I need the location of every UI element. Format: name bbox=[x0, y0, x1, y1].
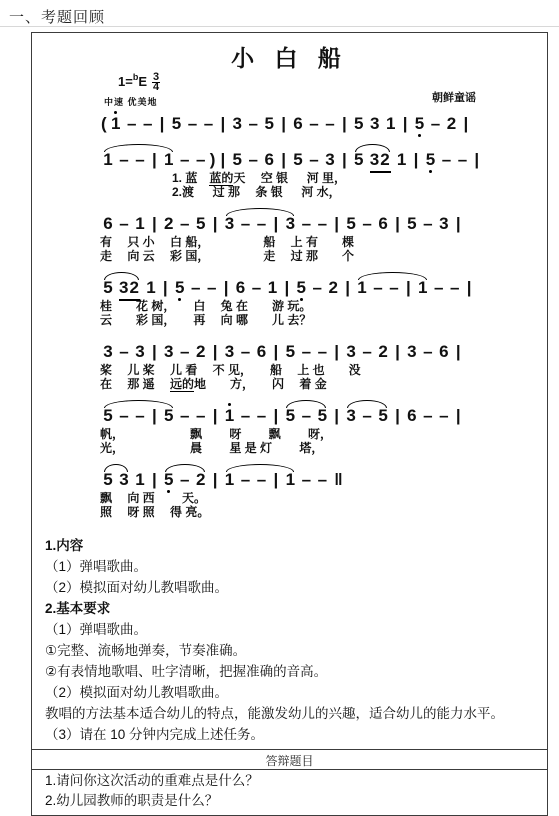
note: 6 bbox=[293, 113, 303, 135]
meter-denominator: 4 bbox=[153, 81, 159, 93]
note: – bbox=[309, 113, 319, 135]
note: – bbox=[248, 149, 258, 171]
barline: | bbox=[274, 341, 279, 363]
slur-group: 1––|1 bbox=[354, 277, 431, 299]
lyric-segment: 2.渡 过 那 条 银 河 水， bbox=[100, 185, 341, 199]
barline: | bbox=[224, 277, 229, 299]
note: 5 bbox=[285, 341, 295, 363]
key-note: E bbox=[138, 74, 147, 89]
slur-group: 532 bbox=[351, 149, 394, 173]
note: – bbox=[241, 469, 251, 491]
barline: | bbox=[456, 405, 461, 427]
note: 5 bbox=[232, 149, 242, 171]
music-row: 3–3|3–2|3–6|5––|3–2|3–6| bbox=[100, 341, 547, 363]
slur-group: 1––|1 bbox=[100, 149, 177, 171]
note: – bbox=[389, 277, 399, 299]
note: 1 bbox=[386, 113, 396, 135]
note: – bbox=[439, 405, 449, 427]
final-barline: ‖ bbox=[334, 469, 342, 491]
barline: | bbox=[406, 277, 411, 299]
note: – bbox=[187, 113, 197, 135]
lyric-segment: 光， 晨 星 是 灯 塔， bbox=[100, 441, 323, 455]
lyric-row: 帆， 飘 呀 飘 呀， bbox=[100, 427, 547, 441]
note: 5 bbox=[293, 149, 303, 171]
song-title: 小 白 船 bbox=[32, 40, 547, 73]
note: 1 bbox=[225, 405, 235, 427]
note: 5 bbox=[354, 149, 364, 171]
content-line: （2）模拟面对幼儿教唱歌曲。 bbox=[45, 682, 535, 703]
note: – bbox=[373, 277, 383, 299]
note: – bbox=[119, 213, 129, 235]
note: – bbox=[119, 149, 129, 171]
barline: | bbox=[274, 213, 279, 235]
note: – bbox=[251, 277, 261, 299]
note: – bbox=[180, 149, 190, 171]
lyric-row: 2.渡 过 那 条 银 河 水， bbox=[100, 185, 547, 199]
note: – bbox=[317, 469, 327, 491]
note: – bbox=[317, 341, 327, 363]
lyric-segment: 桨 儿 桨 儿 看 不 见， 船 上 也 没 bbox=[100, 363, 361, 377]
content-line: （2）模拟面对幼儿教唱歌曲。 bbox=[45, 577, 535, 598]
lyric-segment: 天 空 银 河 里， bbox=[233, 171, 346, 185]
barline: | bbox=[160, 113, 165, 135]
barline: | bbox=[464, 113, 469, 135]
content-line: （3）请在 10 分钟内完成上述任务。 bbox=[45, 724, 535, 745]
note: 3 bbox=[164, 341, 174, 363]
note: – bbox=[196, 149, 206, 171]
note: 5 bbox=[296, 277, 306, 299]
note: ) bbox=[210, 149, 216, 171]
key-signature: 1=bE34 bbox=[118, 72, 160, 92]
note: – bbox=[180, 213, 190, 235]
note: 5 bbox=[264, 113, 274, 135]
note: – bbox=[362, 341, 372, 363]
note: 2 bbox=[164, 213, 174, 235]
note: – bbox=[301, 213, 311, 235]
barline: | bbox=[281, 113, 286, 135]
lyric-row: 照 呀 照 得 亮。 bbox=[100, 505, 547, 519]
note: – bbox=[312, 277, 322, 299]
lyric-row: 云 彩 国， 再 向 哪 儿 去？ bbox=[100, 313, 547, 327]
note: – bbox=[434, 277, 444, 299]
time-signature: 34 bbox=[152, 73, 160, 92]
content-line: （1）弹唱歌曲。 bbox=[45, 619, 535, 640]
note: 32 bbox=[370, 149, 391, 173]
lyric-segment: 云 彩 国， 再 向 哪 儿 去？ bbox=[100, 313, 311, 327]
note: – bbox=[119, 341, 129, 363]
note: – bbox=[423, 405, 433, 427]
note: 2 bbox=[378, 341, 388, 363]
note: 6 bbox=[103, 213, 113, 235]
music-row: (1––|5––|3–5|6––|531|5–2| bbox=[100, 113, 547, 135]
music-row: 6–1|2–5|3––|3––|5–6|5–3| bbox=[100, 213, 547, 235]
note: – bbox=[135, 405, 145, 427]
note: 5 bbox=[164, 405, 174, 427]
note: – bbox=[301, 341, 311, 363]
lyric-segment: 走 向 云 彩 国， 走 过 那 个 bbox=[100, 249, 354, 263]
note: 6 bbox=[257, 341, 267, 363]
note: 5 bbox=[317, 405, 327, 427]
note: – bbox=[317, 213, 327, 235]
slur-group: 5––|5 bbox=[100, 405, 177, 427]
note: 5 bbox=[103, 277, 113, 299]
note: – bbox=[119, 405, 129, 427]
score-line: 6–1|2–5|3––|3––|5–6|5–3|有 只 小 白 船， 船 上 有… bbox=[100, 213, 547, 263]
barline: | bbox=[213, 213, 218, 235]
note: – bbox=[191, 277, 201, 299]
tempo-marking: 中速 优美地 bbox=[104, 95, 158, 108]
qa-table-header: 答辩题目 bbox=[32, 749, 547, 770]
note: – bbox=[309, 149, 319, 171]
note: 5 bbox=[354, 113, 364, 135]
note: – bbox=[241, 341, 251, 363]
note: – bbox=[441, 149, 451, 171]
barline: | bbox=[284, 277, 289, 299]
lyric-row: 桂 花 树， 白 兔 在 游 玩。 bbox=[100, 299, 547, 313]
lyric-row: 1. 蓝 蓝的天 空 银 河 里， bbox=[100, 171, 547, 185]
barline: | bbox=[213, 469, 218, 491]
note: – bbox=[301, 405, 311, 427]
note: 6 bbox=[235, 277, 245, 299]
barline: | bbox=[220, 113, 225, 135]
note: – bbox=[457, 149, 467, 171]
note: – bbox=[248, 113, 258, 135]
note: – bbox=[257, 469, 267, 491]
barline: | bbox=[281, 149, 286, 171]
note: – bbox=[180, 469, 190, 491]
score-line: 1––|1––)|5–6|5–3|5321|5––| 1. 蓝 蓝的天 空 银 … bbox=[100, 149, 547, 199]
note: 6 bbox=[439, 341, 449, 363]
lyric-segment: 远的 bbox=[170, 377, 194, 392]
barline: | bbox=[163, 277, 168, 299]
note: 2 bbox=[196, 469, 206, 491]
barline: | bbox=[334, 341, 339, 363]
note: 5 bbox=[285, 405, 295, 427]
note: – bbox=[127, 113, 137, 135]
note: 5 bbox=[171, 113, 181, 135]
note: 5 bbox=[378, 405, 388, 427]
barline: | bbox=[334, 213, 339, 235]
lyric-row: 走 向 云 彩 国， 走 过 那 个 bbox=[100, 249, 547, 263]
lyric-segment: 照 呀 照 得 亮。 bbox=[100, 505, 209, 519]
lyric-segment: 在 那 遥 bbox=[100, 377, 170, 391]
note: 1 bbox=[397, 149, 407, 171]
note: 1 bbox=[225, 469, 235, 491]
note: 3 bbox=[135, 341, 145, 363]
barline: | bbox=[213, 341, 218, 363]
note: 1 bbox=[267, 277, 277, 299]
note: 3 bbox=[407, 341, 417, 363]
note: 5 bbox=[164, 469, 174, 491]
note: 1 bbox=[357, 277, 367, 299]
note: – bbox=[135, 149, 145, 171]
divider-line bbox=[0, 26, 559, 27]
lyric-segment: 蓝的 bbox=[209, 171, 233, 186]
note: – bbox=[362, 405, 372, 427]
music-row: 1––|1––)|5–6|5–3|5321|5––| bbox=[100, 149, 547, 171]
note: – bbox=[450, 277, 460, 299]
barline: | bbox=[395, 213, 400, 235]
lyric-segment: 1. 蓝 bbox=[100, 171, 209, 185]
note: 3 bbox=[225, 341, 235, 363]
barline: | bbox=[152, 341, 157, 363]
content-line: ②有表情地歌唱、吐字清晰，把握准确的音高。 bbox=[45, 661, 535, 682]
note: 6 bbox=[378, 213, 388, 235]
lyric-row: 光， 晨 星 是 灯 塔， bbox=[100, 441, 547, 455]
score-lines: (1––|5––|3–5|6––|531|5–2|1––|1––)|5–6|5–… bbox=[32, 111, 547, 519]
barline: | bbox=[342, 149, 347, 171]
note: 5 bbox=[175, 277, 185, 299]
note: 5 bbox=[103, 469, 113, 491]
qa-question-list: 1.请问你这次活动的重难点是什么？2.幼儿园教师的职责是什么？ bbox=[32, 770, 547, 815]
note: 1 bbox=[418, 277, 428, 299]
key-prefix: 1= bbox=[118, 74, 133, 89]
note: 1 bbox=[103, 149, 113, 171]
note: 5 bbox=[425, 149, 435, 171]
barline: | bbox=[414, 149, 419, 171]
question-item: 2.幼儿园教师的职责是什么？ bbox=[45, 791, 535, 811]
note: 1 bbox=[164, 149, 174, 171]
note: – bbox=[207, 277, 217, 299]
music-row: 531|5–2|1––|1––‖ bbox=[100, 469, 547, 491]
note: – bbox=[431, 113, 441, 135]
note: – bbox=[143, 113, 153, 135]
note: – bbox=[180, 405, 190, 427]
note: 3 bbox=[285, 213, 295, 235]
slur-group: 53 bbox=[100, 469, 132, 491]
barline: | bbox=[152, 469, 157, 491]
barline: | bbox=[274, 405, 279, 427]
note: 3 bbox=[119, 469, 129, 491]
lyric-row: 有 只 小 白 船， 船 上 有 棵 bbox=[100, 235, 547, 249]
barline: | bbox=[456, 341, 461, 363]
note: – bbox=[301, 469, 311, 491]
content-list: 1.内容（1）弹唱歌曲。（2）模拟面对幼儿教唱歌曲。2.基本要求（1）弹唱歌曲。… bbox=[32, 533, 547, 749]
note: 3 bbox=[346, 405, 356, 427]
score-line: 5––|5––|1––|5–5|3–5|6––|帆， 飘 呀 飘 呀，光， 晨 … bbox=[100, 405, 547, 455]
lyric-row: 在 那 遥 远的地 方， 闪 着 金 bbox=[100, 377, 547, 391]
music-row: 5––|5––|1––|5–5|3–5|6––| bbox=[100, 405, 547, 427]
barline: | bbox=[152, 405, 157, 427]
score-meta: 1=bE34 中速 优美地 朝鲜童谣 bbox=[32, 73, 547, 111]
note: 5 bbox=[196, 213, 206, 235]
note: – bbox=[423, 341, 433, 363]
song-credit: 朝鲜童谣 bbox=[432, 89, 476, 105]
note: 3 bbox=[225, 213, 235, 235]
lyric-row: 飘 向 西 天。 bbox=[100, 491, 547, 505]
slur-group: 1––|1 bbox=[222, 469, 299, 491]
question-item: 1.请问你这次活动的重难点是什么？ bbox=[45, 771, 535, 791]
slur-group: 3–5 bbox=[343, 405, 391, 427]
note: – bbox=[257, 213, 267, 235]
note: – bbox=[257, 405, 267, 427]
score-line: (1––|5––|3–5|6––|531|5–2| bbox=[100, 113, 547, 135]
note: 2 bbox=[447, 113, 457, 135]
note: – bbox=[196, 405, 206, 427]
slur-group: 3––|3 bbox=[222, 213, 299, 235]
note: ( bbox=[101, 113, 107, 135]
barline: | bbox=[342, 113, 347, 135]
note: 1 bbox=[135, 469, 145, 491]
section-heading: 一、考题回顾 bbox=[9, 6, 105, 27]
score-line: 5321|5––|6–1|5–2|1––|1––|桂 花 树， 白 兔 在 游 … bbox=[100, 277, 547, 327]
score-line: 531|5–2|1––|1––‖飘 向 西 天。照 呀 照 得 亮。 bbox=[100, 469, 547, 519]
note: 3 bbox=[325, 149, 335, 171]
note: 1 bbox=[146, 277, 156, 299]
note: 6 bbox=[264, 149, 274, 171]
exam-question-box: 小 白 船 1=bE34 中速 优美地 朝鲜童谣 (1––|5––|3–5|6–… bbox=[31, 32, 548, 816]
note: 3 bbox=[439, 213, 449, 235]
note: – bbox=[180, 341, 190, 363]
music-row: 5321|5––|6–1|5–2|1––|1––| bbox=[100, 277, 547, 299]
barline: | bbox=[395, 341, 400, 363]
note: 3 bbox=[232, 113, 242, 135]
note: – bbox=[241, 405, 251, 427]
note: 3 bbox=[103, 341, 113, 363]
note: 5 bbox=[346, 213, 356, 235]
note: – bbox=[362, 213, 372, 235]
note: 32 bbox=[119, 277, 140, 301]
note: 5 bbox=[407, 213, 417, 235]
barline: | bbox=[456, 213, 461, 235]
barline: | bbox=[213, 405, 218, 427]
barline: | bbox=[152, 149, 157, 171]
lyric-segment: 桂 花 树， 白 兔 在 游 玩。 bbox=[100, 299, 311, 313]
content-line: 2.基本要求 bbox=[45, 598, 535, 619]
content-line: （1）弹唱歌曲。 bbox=[45, 556, 535, 577]
barline: | bbox=[334, 405, 339, 427]
note: 5 bbox=[103, 405, 113, 427]
note: 1 bbox=[285, 469, 295, 491]
content-line: 教唱的方法基本适合幼儿的特点，能激发幼儿的兴趣，适合幼儿的能力水平。 bbox=[45, 703, 535, 724]
note: – bbox=[325, 113, 335, 135]
note: 3 bbox=[346, 341, 356, 363]
lyric-segment: 地 方， 闪 着 金 bbox=[194, 377, 327, 391]
barline: | bbox=[152, 213, 157, 235]
note: – bbox=[241, 213, 251, 235]
barline: | bbox=[220, 149, 225, 171]
slur-group: 5–5 bbox=[282, 405, 330, 427]
lyric-segment: 飘 向 西 天。 bbox=[100, 491, 206, 505]
lyric-row: 桨 儿 桨 儿 看 不 见， 船 上 也 没 bbox=[100, 363, 547, 377]
note: 2 bbox=[196, 341, 206, 363]
barline: | bbox=[395, 405, 400, 427]
barline: | bbox=[474, 149, 479, 171]
note: 6 bbox=[407, 405, 417, 427]
barline: | bbox=[467, 277, 472, 299]
note: 1 bbox=[135, 213, 145, 235]
lyric-segment: 帆， 飘 呀 飘 呀， bbox=[100, 427, 332, 441]
note: – bbox=[423, 213, 433, 235]
barline: | bbox=[345, 277, 350, 299]
lyric-segment: 有 只 小 白 船， 船 上 有 棵 bbox=[100, 235, 354, 249]
slur-group: 532 bbox=[100, 277, 143, 301]
note: 1 bbox=[111, 113, 121, 135]
content-line: ①完整、流畅地弹奏，节奏准确。 bbox=[45, 640, 535, 661]
barline: | bbox=[403, 113, 408, 135]
note: 3 bbox=[370, 113, 380, 135]
score-line: 3–3|3–2|3–6|5––|3–2|3–6|桨 儿 桨 儿 看 不 见， 船… bbox=[100, 341, 547, 391]
content-line: 1.内容 bbox=[45, 535, 535, 556]
barline: | bbox=[274, 469, 279, 491]
slur-group: 5–2 bbox=[161, 469, 209, 491]
note: 5 bbox=[415, 113, 425, 135]
note: 2 bbox=[328, 277, 338, 299]
note: – bbox=[203, 113, 213, 135]
